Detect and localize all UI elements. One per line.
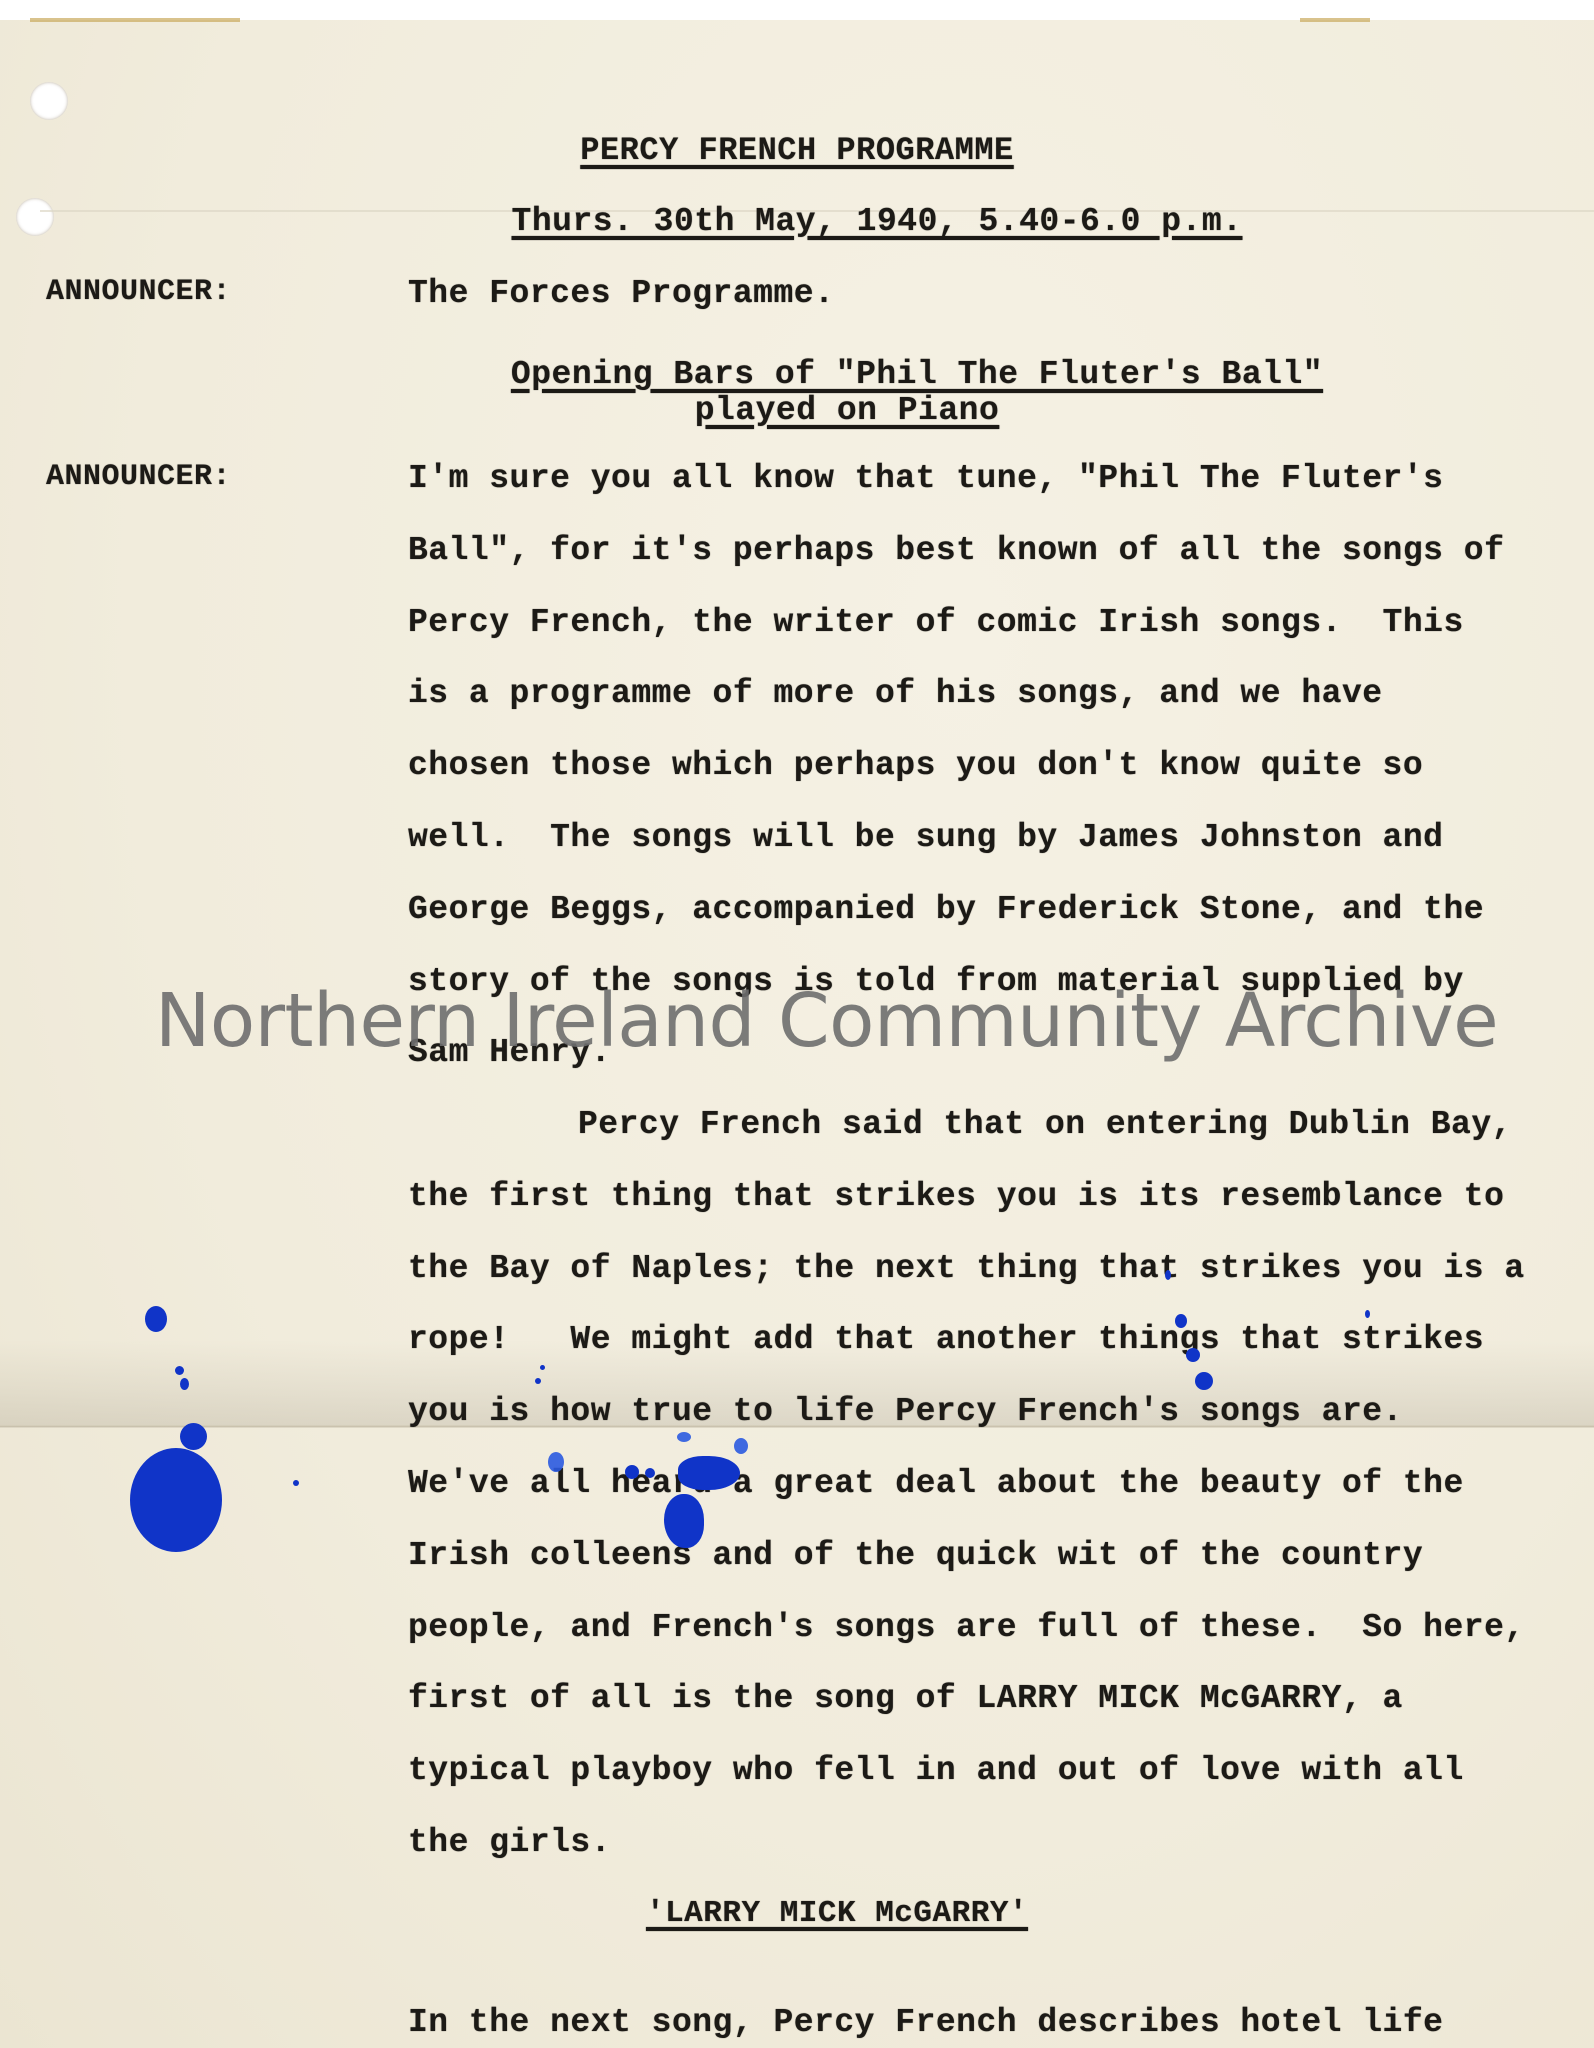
body-line: is a programme of more of his songs, and… [408, 675, 1383, 712]
body-line: Percy French, the writer of comic Irish … [408, 604, 1464, 641]
archive-watermark: Northern Ireland Community Archive [155, 978, 1498, 1064]
body-line: chosen those which perhaps you don't kno… [408, 747, 1423, 784]
body-line: Irish colleens and of the quick wit of t… [408, 1537, 1423, 1574]
body-line: In the next song, Percy French describes… [408, 2004, 1443, 2041]
announcer-line: The Forces Programme. [408, 275, 834, 312]
body-line: first of all is the song of LARRY MICK M… [408, 1680, 1403, 1717]
torn-edge [1300, 18, 1370, 22]
body-line: the first thing that strikes you is its … [408, 1178, 1504, 1215]
speaker-label: ANNOUNCER: [46, 460, 231, 494]
body-line: you is how true to life Percy French's s… [408, 1393, 1403, 1430]
broadcast-date: Thurs. 30th May, 1940, 5.40-6.0 p.m. [80, 203, 1594, 240]
body-line: Percy French said that on entering Dubli… [578, 1106, 1512, 1143]
body-line: We've all heard a great deal about the b… [408, 1465, 1464, 1502]
body-line: the girls. [408, 1824, 611, 1861]
body-line: the Bay of Naples; the next thing that s… [408, 1250, 1525, 1287]
stage-direction-line1: Opening Bars of "Phil The Fluter's Ball" [120, 356, 1594, 393]
torn-edge [30, 18, 240, 22]
body-line: Ball", for it's perhaps best known of al… [408, 532, 1504, 569]
body-line: George Beggs, accompanied by Frederick S… [408, 891, 1484, 928]
punch-hole-top [30, 82, 68, 120]
body-line: people, and French's songs are full of t… [408, 1609, 1525, 1646]
speaker-label: ANNOUNCER: [46, 275, 231, 309]
body-line: rope! We might add that another things t… [408, 1321, 1484, 1358]
stage-direction-line2: played on Piano [50, 392, 1594, 429]
song-title: 'LARRY MICK McGARRY' [40, 1896, 1594, 1931]
body-line: well. The songs will be sung by James Jo… [408, 819, 1443, 856]
body-line: typical playboy who fell in and out of l… [408, 1752, 1464, 1789]
document-title: PERCY FRENCH PROGRAMME [0, 132, 1594, 169]
body-line: I'm sure you all know that tune, "Phil T… [408, 460, 1443, 497]
punch-hole-bottom [16, 198, 54, 236]
